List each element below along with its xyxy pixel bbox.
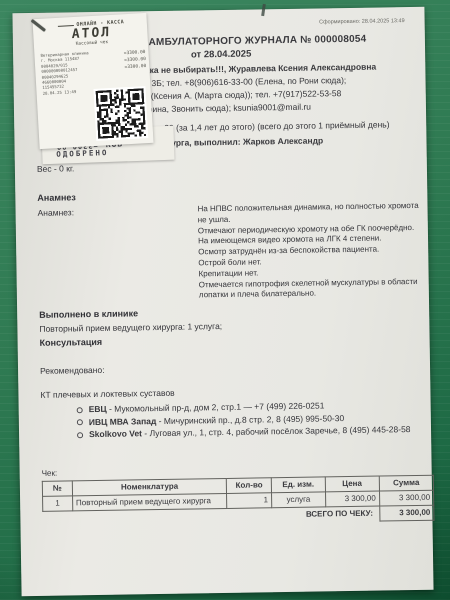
receipt-amount: =3300.00 <box>124 63 146 71</box>
cell-qty: 1 <box>227 492 272 508</box>
bullet-icon <box>77 419 83 425</box>
clinic-name: Skolkovo Vet <box>89 428 142 439</box>
bullet-icon <box>77 432 83 438</box>
col-price: Цена <box>325 476 379 492</box>
anamnesis-label: Анамнез: <box>37 204 199 304</box>
receipt-amounts: =3300.00 =3300.00 =3300.00 <box>124 49 147 71</box>
total-spacer <box>43 508 228 526</box>
bullet-icon <box>77 407 83 413</box>
col-sum: Сумма <box>379 475 434 491</box>
clinic-name: ЕВЦ <box>89 404 107 414</box>
cell-price: 3 300,00 <box>325 491 379 507</box>
qr-code <box>93 86 148 141</box>
total-value: 3 300,00 <box>379 505 434 521</box>
col-number: № <box>42 481 72 496</box>
clinic-list: ЕВЦ - Мукомольный пр-д, дом 2, стр.1 — +… <box>77 398 414 441</box>
recommended-label: Рекомендовано: <box>40 359 412 377</box>
col-unit: Ед. изм. <box>271 477 325 493</box>
anamnesis-values: На НПВС положительная динамика, но полно… <box>197 201 430 302</box>
clinic-name: ИВЦ МВА Запад <box>89 416 157 427</box>
total-label: ВСЕГО ПО ЧЕКУ: <box>227 506 379 523</box>
cell-number: 1 <box>43 496 73 511</box>
cell-unit: услуга <box>271 492 325 508</box>
card-history-line: 23 (за 1,4 лет до этого) (всего до этого… <box>164 118 408 134</box>
col-qty: Кол-во <box>227 477 272 493</box>
clinic-details: - Луговая ул., 1, стр. 4, рабочий посёло… <box>142 424 411 438</box>
cell-sum: 3 300,00 <box>379 490 434 506</box>
anamnesis-line: Отмечается гипотрофия скелетной мускулат… <box>199 276 431 301</box>
check-table: № Номенклатура Кол-во Ед. изм. Цена Сумм… <box>42 474 435 526</box>
cash-register-receipt: ОНЛАЙН - КАССА АТОЛ Кассовый чек Ветерин… <box>32 13 153 149</box>
anamnesis-row: Анамнез: На НПВС положительная динамика,… <box>37 201 410 304</box>
